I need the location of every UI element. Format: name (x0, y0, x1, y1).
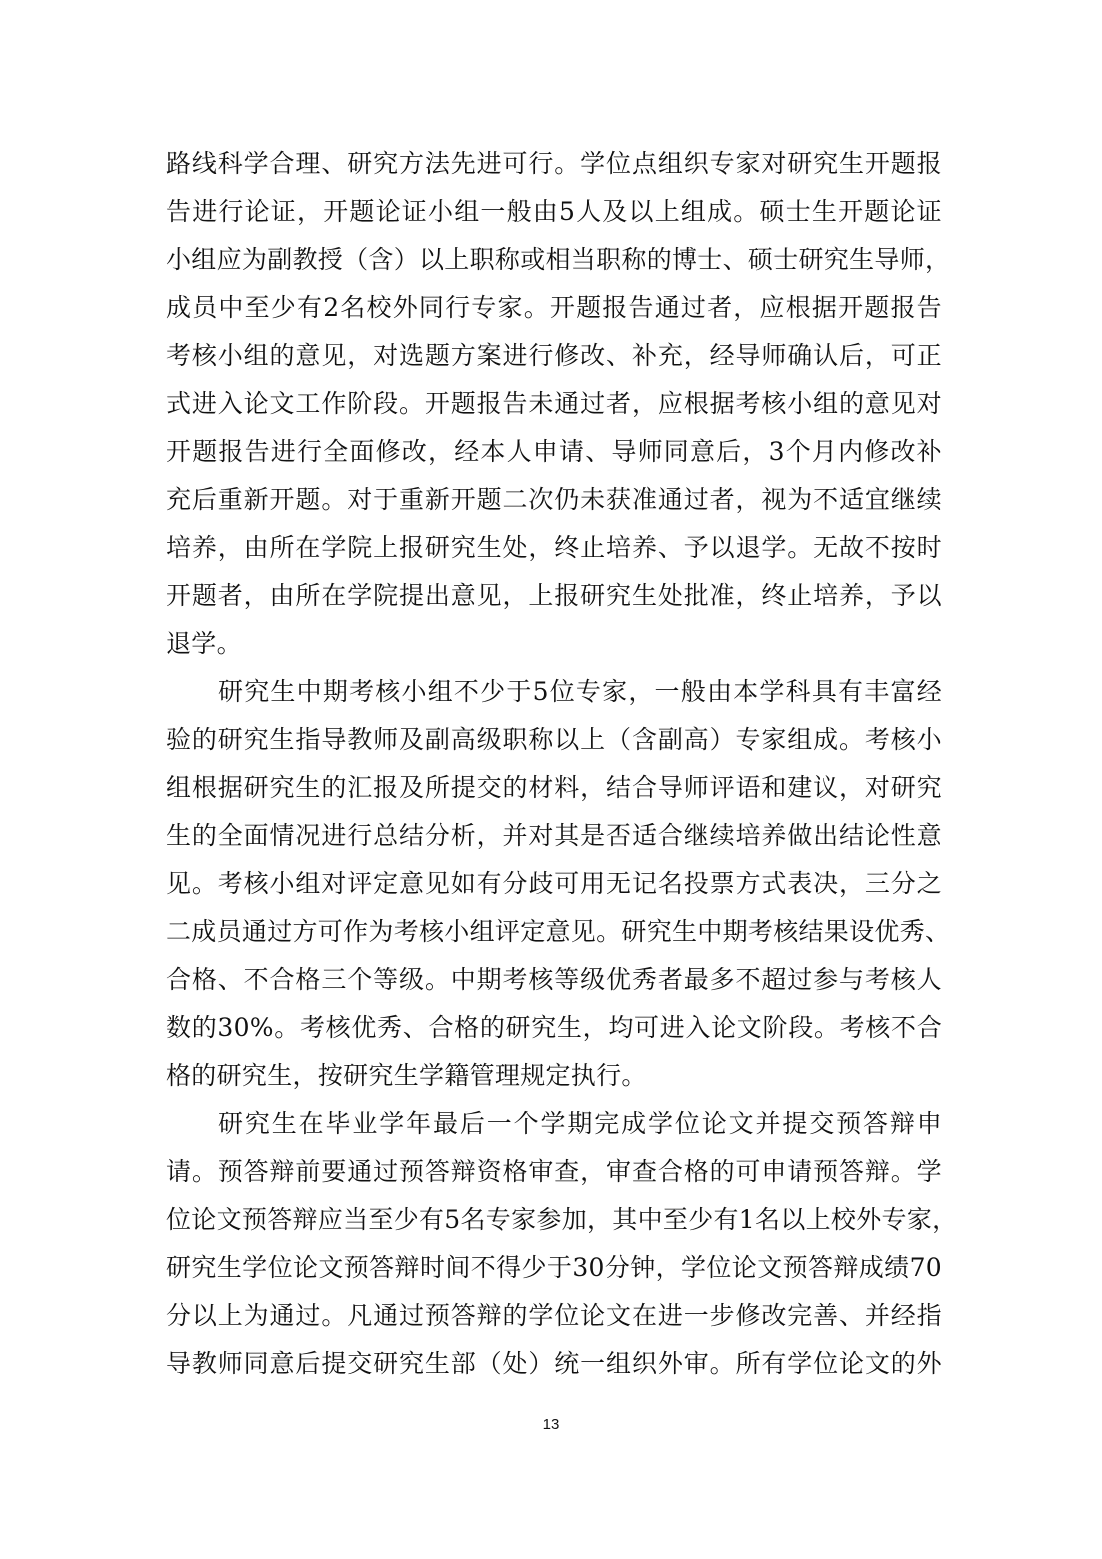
text-line: 研究生中期考核小组不少于5位专家，一般由本学科具有丰富经 (166, 668, 942, 716)
text-line: 充后重新开题。对于重新开题二次仍未获准通过者，视为不适宜继续 (166, 476, 942, 524)
text-line: 分以上为通过。凡通过预答辩的学位论文在进一步修改完善、并经指 (166, 1292, 942, 1340)
text-line: 格的研究生，按研究生学籍管理规定执行。 (166, 1052, 942, 1100)
paragraph-pre-defense: 研究生在毕业学年最后一个学期完成学位论文并提交预答辩申 请。预答辩前要通过预答辩… (166, 1100, 942, 1388)
text-line: 退学。 (166, 620, 942, 668)
paragraph-opening-report: 路线科学合理、研究方法先进可行。学位点组织专家对研究生开题报 告进行论证，开题论… (166, 140, 942, 668)
text-line: 请。预答辩前要通过预答辩资格审查，审查合格的可申请预答辩。学 (166, 1148, 942, 1196)
text-line: 研究生在毕业学年最后一个学期完成学位论文并提交预答辩申 (166, 1100, 942, 1148)
text-line: 式进入论文工作阶段。开题报告未通过者，应根据考核小组的意见对 (166, 380, 942, 428)
text-line: 小组应为副教授（含）以上职称或相当职称的博士、硕士研究生导师， (166, 236, 942, 284)
text-line: 培养，由所在学院上报研究生处，终止培养、予以退学。无故不按时 (166, 524, 942, 572)
text-line: 二成员通过方可作为考核小组评定意见。研究生中期考核结果设优秀、 (166, 908, 942, 956)
text-line: 数的30%。考核优秀、合格的研究生，均可进入论文阶段。考核不合 (166, 1004, 942, 1052)
text-line: 成员中至少有2名校外同行专家。开题报告通过者，应根据开题报告 (166, 284, 942, 332)
document-page: 路线科学合理、研究方法先进可行。学位点组织专家对研究生开题报 告进行论证，开题论… (0, 0, 1102, 1559)
text-line: 位论文预答辩应当至少有5名专家参加，其中至少有1名以上校外专家， (166, 1196, 942, 1244)
text-line: 开题者，由所在学院提出意见，上报研究生处批准，终止培养，予以 (166, 572, 942, 620)
text-line: 导教师同意后提交研究生部（处）统一组织外审。所有学位论文的外 (166, 1340, 942, 1388)
text-line: 见。考核小组对评定意见如有分歧可用无记名投票方式表决，三分之 (166, 860, 942, 908)
text-line: 合格、不合格三个等级。中期考核等级优秀者最多不超过参与考核人 (166, 956, 942, 1004)
text-line: 生的全面情况进行总结分析，并对其是否适合继续培养做出结论性意 (166, 812, 942, 860)
paragraph-midterm-assessment: 研究生中期考核小组不少于5位专家，一般由本学科具有丰富经 验的研究生指导教师及副… (166, 668, 942, 1100)
document-body: 路线科学合理、研究方法先进可行。学位点组织专家对研究生开题报 告进行论证，开题论… (166, 140, 942, 1388)
text-line: 告进行论证，开题论证小组一般由5人及以上组成。硕士生开题论证 (166, 188, 942, 236)
page-number: 13 (0, 1416, 1102, 1433)
text-line: 组根据研究生的汇报及所提交的材料，结合导师评语和建议，对研究 (166, 764, 942, 812)
text-line: 路线科学合理、研究方法先进可行。学位点组织专家对研究生开题报 (166, 140, 942, 188)
text-line: 验的研究生指导教师及副高级职称以上（含副高）专家组成。考核小 (166, 716, 942, 764)
text-line: 考核小组的意见，对选题方案进行修改、补充，经导师确认后，可正 (166, 332, 942, 380)
text-line: 研究生学位论文预答辩时间不得少于30分钟，学位论文预答辩成绩70 (166, 1244, 942, 1292)
text-line: 开题报告进行全面修改，经本人申请、导师同意后，3个月内修改补 (166, 428, 942, 476)
